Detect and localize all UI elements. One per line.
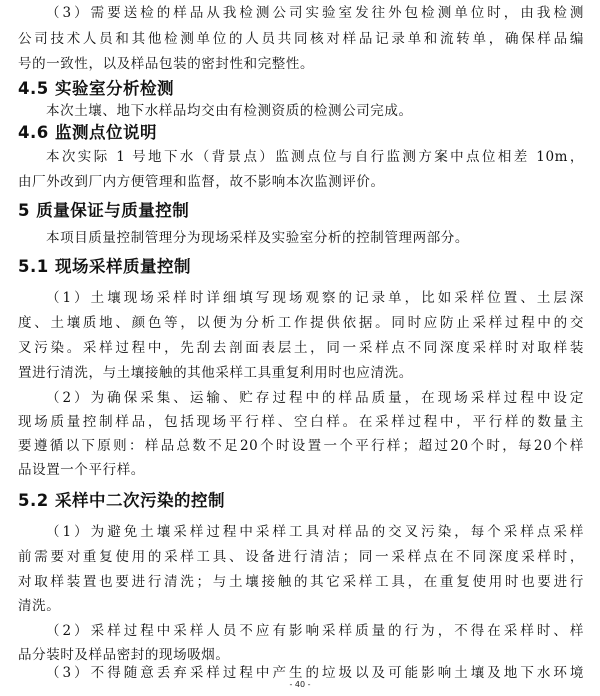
paragraph-line: 号的一致性，以及样品包装的密封性和完整性。 xyxy=(18,55,584,73)
heading-4-5: 4.5 实验室分析检测 xyxy=(18,78,174,100)
paragraph-line: （2）采样过程中采样人员不应有影响采样质量的行为，不得在采样时、样 xyxy=(46,622,584,640)
heading-5-1: 5.1 现场采样质量控制 xyxy=(18,256,191,278)
paragraph-line: 现场质量控制样品，包括现场平行样、空白样。在采样过程中，平行样的数量主 xyxy=(18,413,584,431)
heading-4-6: 4.6 监测点位说明 xyxy=(18,122,157,144)
heading-5-2: 5.2 采样中二次污染的控制 xyxy=(18,490,225,512)
paragraph-line: （2）为确保采集、运输、贮存过程中的样品质量，在现场采样过程中设定 xyxy=(46,389,584,407)
paragraph-line: 本项目质量控制管理分为现场采样及实验室分析的控制管理两部分。 xyxy=(46,229,600,247)
paragraph-line: 叉污染。采样过程中，先刮去剖面表层土，同一采样点不同深度采样时对取样装 xyxy=(18,339,584,357)
paragraph-line: 清洗。 xyxy=(18,597,584,615)
paragraph-line: 由厂外改到厂内方便管理和监督，故不影响本次监测评价。 xyxy=(18,173,584,191)
paragraph-line: 品分装时及样品密封的现场吸烟。 xyxy=(18,646,584,664)
paragraph-line: 度、土壤质地、颜色等，以便为分析工作提供依据。同时应防止采样过程中的交 xyxy=(18,314,584,332)
paragraph-line: 公司技术人员和其他检测单位的人员共同核对样品记录单和流转单，确保样品编 xyxy=(18,30,584,48)
paragraph-line: 品设置一个平行样。 xyxy=(18,461,584,479)
heading-5: 5 质量保证与质量控制 xyxy=(18,200,189,222)
paragraph-line: 本次实际 1 号地下水（背景点）监测点位与自行监测方案中点位相差 10m， xyxy=(46,148,584,166)
document-page: （3）需要送检的样品从我检测公司实验室发往外包检测单位时，由我检测 公司技术人员… xyxy=(0,0,600,696)
paragraph-line: （1）土壤现场采样时详细填写现场观察的记录单，比如采样位置、土层深 xyxy=(46,289,584,307)
paragraph-line: 本次土壤、地下水样品均交由有检测资质的检测公司完成。 xyxy=(46,102,600,120)
paragraph-line: 要遵循以下原则：样品总数不足20个时设置一个平行样；超过20个时，每20个样 xyxy=(18,437,584,455)
paragraph-line: 对取样装置也要进行清洗；与土壤接触的其它采样工具，在重复使用时也要进行 xyxy=(18,573,584,591)
paragraph-line: 置进行清洗，与土壤接触的其他采样工具重复利用时也应清洗。 xyxy=(18,364,584,382)
paragraph-line: （3）需要送检的样品从我检测公司实验室发往外包检测单位时，由我检测 xyxy=(46,4,584,22)
paragraph-line: （1）为避免土壤采样过程中采样工具对样品的交叉污染，每个采样点采样 xyxy=(46,523,584,541)
paragraph-line: 前需要对重复使用的采样工具、设备进行清洁；同一采样点在不同深度采样时， xyxy=(18,548,584,566)
page-number: - 40 - xyxy=(0,680,600,689)
